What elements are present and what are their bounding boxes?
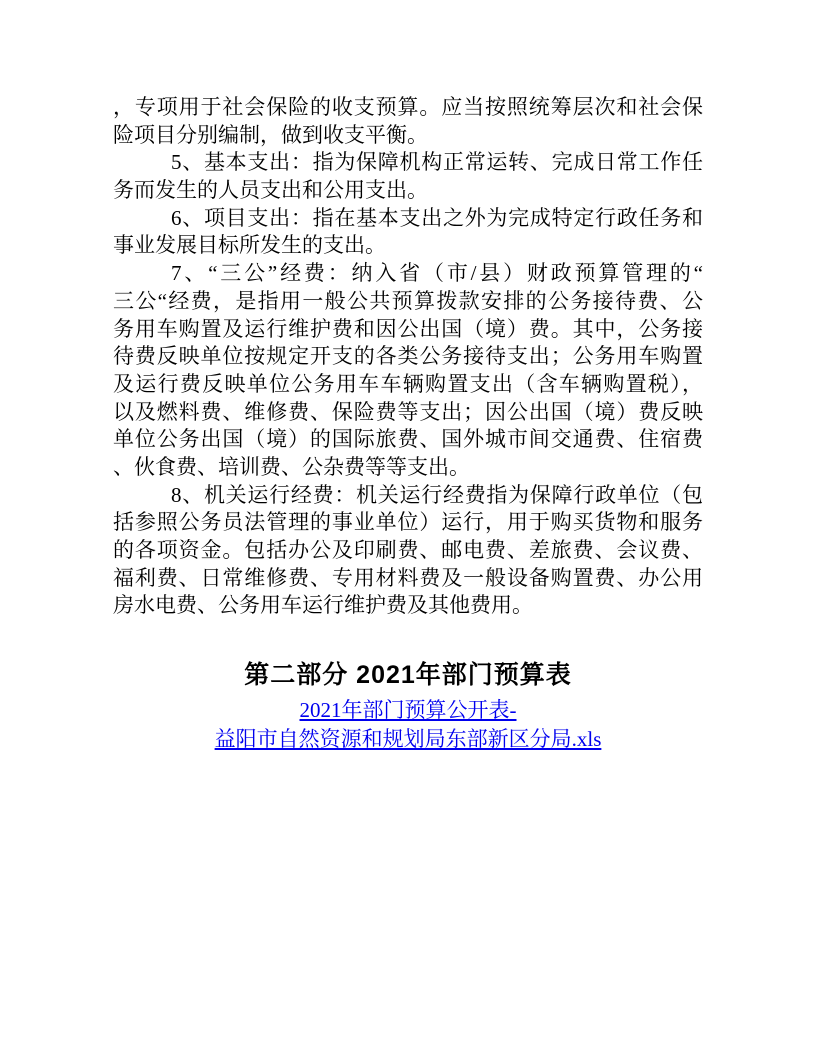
body-text-line: 以及燃料费、维修费、保险费等支出；因公出国（境）费反映 <box>113 399 703 427</box>
body-text-line: 事业发展目标所发生的支出。 <box>113 232 703 260</box>
document-page: ，专项用于社会保险的收支预算。应当按照统筹层次和社会保险项目分别编制，做到收支平… <box>0 0 815 1055</box>
body-text-line: 务而发生的人员支出和公用支出。 <box>113 177 703 205</box>
body-text-line: 三公“经费，是指用一般公共预算拨款安排的公务接待费、公 <box>113 288 703 316</box>
body-text-line: 的各项资金。包括办公及印刷费、邮电费、差旅费、会议费、 <box>113 537 703 565</box>
body-text-line: 及运行费反映单位公务用车车辆购置支出（含车辆购置税）， <box>113 371 703 399</box>
body-text-line: 6、项目支出：指在基本支出之外为完成特定行政任务和 <box>113 205 703 233</box>
body-text-line: 房水电费、公务用车运行维护费及其他费用。 <box>113 592 703 620</box>
body-text-line: 5、基本支出：指为保障机构正常运转、完成日常工作任 <box>113 149 703 177</box>
budget-table-link-line-1[interactable]: 2021年部门预算公开表- <box>113 696 703 725</box>
body-text-line: 括参照公务员法管理的事业单位）运行，用于购买货物和服务 <box>113 509 703 537</box>
body-text-line: 、伙食费、培训费、公杂费等等支出。 <box>113 454 703 482</box>
section-heading: 第二部分 2021年部门预算表 <box>113 657 703 693</box>
budget-table-link-line-2[interactable]: 益阳市自然资源和规划局东部新区分局.xls <box>113 725 703 754</box>
body-text-line: 务用车购置及运行维护费和因公出国（境）费。其中，公务接 <box>113 316 703 344</box>
body-text-line: 8、机关运行经费：机关运行经费指为保障行政单位（包 <box>113 482 703 510</box>
document-content: ，专项用于社会保险的收支预算。应当按照统筹层次和社会保险项目分别编制，做到收支平… <box>113 94 703 754</box>
body-text-line: 7、“三公”经费：纳入省（市/县）财政预算管理的“ <box>113 260 703 288</box>
body-text-line: ，专项用于社会保险的收支预算。应当按照统筹层次和社会保 <box>113 94 703 122</box>
body-text-line: 待费反映单位按规定开支的各类公务接待支出；公务用车购置 <box>113 343 703 371</box>
body-text-line: 险项目分别编制，做到收支平衡。 <box>113 122 703 150</box>
body-text: ，专项用于社会保险的收支预算。应当按照统筹层次和社会保险项目分别编制，做到收支平… <box>113 94 703 620</box>
body-text-line: 福利费、日常维修费、专用材料费及一般设备购置费、办公用 <box>113 565 703 593</box>
attachment-links: 2021年部门预算公开表- 益阳市自然资源和规划局东部新区分局.xls <box>113 696 703 754</box>
body-text-line: 单位公务出国（境）的国际旅费、国外城市间交通费、住宿费 <box>113 426 703 454</box>
